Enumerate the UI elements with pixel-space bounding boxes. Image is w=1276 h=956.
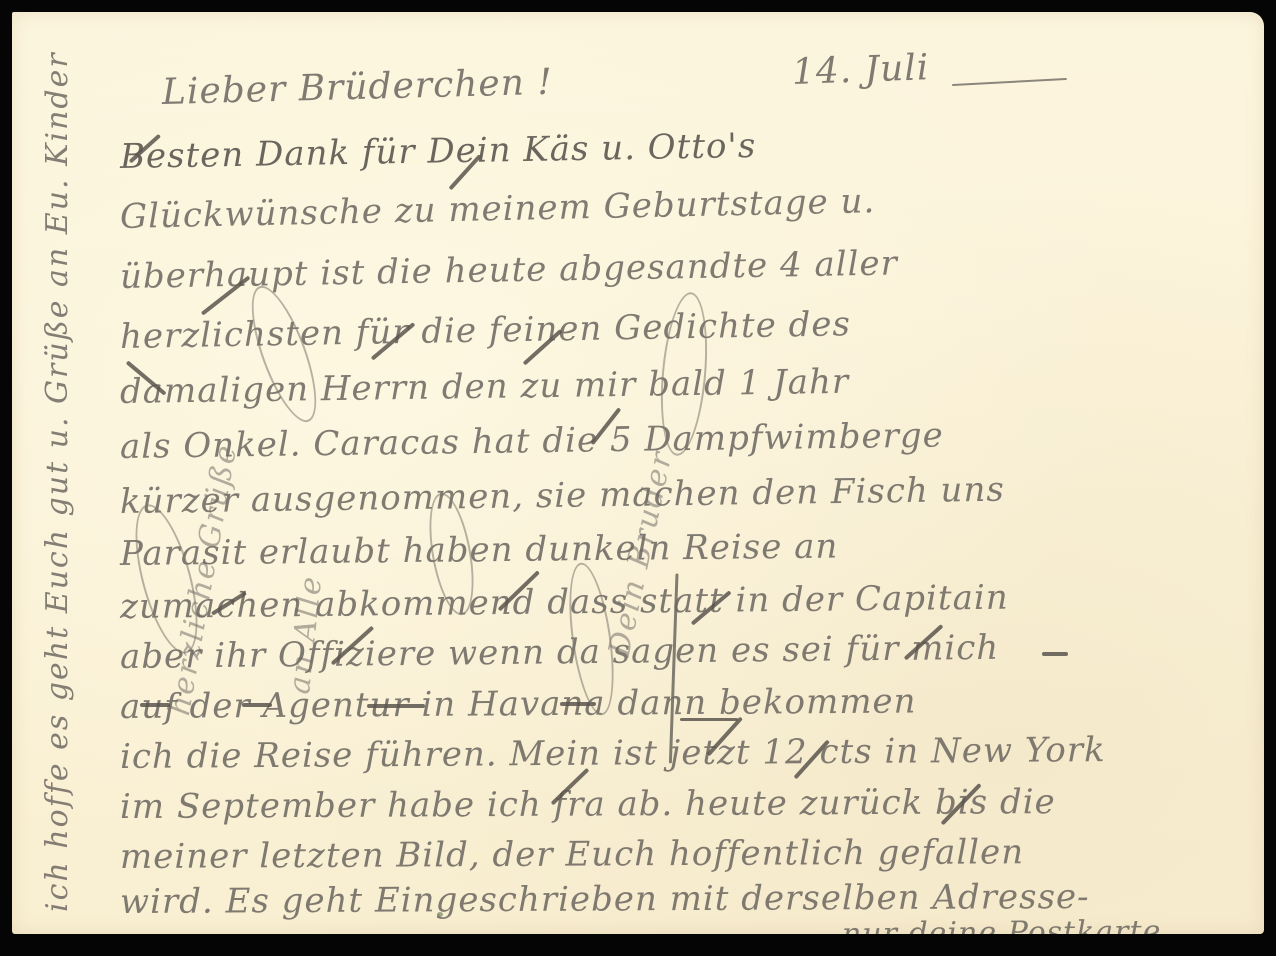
- date-underline: [952, 78, 1067, 86]
- pen-dash: [242, 703, 272, 707]
- signature: nur deine Postkarte: [842, 914, 1162, 934]
- salutation: Lieber Brüderchen !: [161, 62, 553, 113]
- letter-line-10: aber ihr Offiziere wenn da sagen es sei …: [120, 628, 1000, 677]
- pen-dash: [367, 704, 425, 708]
- letter-line-2: Glückwünsche zu meinem Geburtstage u.: [120, 181, 876, 237]
- pen-dash: [680, 718, 738, 721]
- letter-line-14: meiner letzten Bild, der Euch hoffentlic…: [120, 832, 1024, 877]
- letter-line-12: ich die Reise führen. Mein ist jetzt 12 …: [120, 730, 1106, 777]
- scan-background: ich hoffe es geht Euch gut u. Grüße an E…: [0, 0, 1276, 956]
- letter-line-1: Besten Dank für Dein Käs u. Otto's: [120, 126, 757, 177]
- pen-dash: [140, 703, 170, 707]
- letter-line-7: kürzer ausgenommen, sie machen den Fisch…: [120, 470, 1005, 522]
- letter-line-13: im September habe ich fra ab. heute zurü…: [120, 782, 1056, 827]
- letter-line-6: als Onkel. Caracas hat die 5 Dampfwimber…: [120, 416, 944, 467]
- letter-line-11: auf der Agentur in Havana dann bekommen: [120, 681, 917, 727]
- pen-dash: [1042, 652, 1068, 656]
- letter-line-5: damaligen Herrn den zu mir bald 1 Jahr: [120, 362, 850, 412]
- paper-speck: [437, 912, 443, 917]
- letter-line-9: zumachen abkommend dass statt in der Cap…: [120, 578, 1009, 627]
- margin-note: ich hoffe es geht Euch gut u. Grüße an E…: [40, 51, 75, 912]
- date: 14. Juli: [791, 47, 930, 93]
- postcard: ich hoffe es geht Euch gut u. Grüße an E…: [12, 12, 1264, 934]
- letter-line-8: Parasit erlaubt haben dunkeln Reise an: [120, 526, 839, 574]
- letter-line-4: herzlichsten für die feinen Gedichte des: [120, 304, 852, 357]
